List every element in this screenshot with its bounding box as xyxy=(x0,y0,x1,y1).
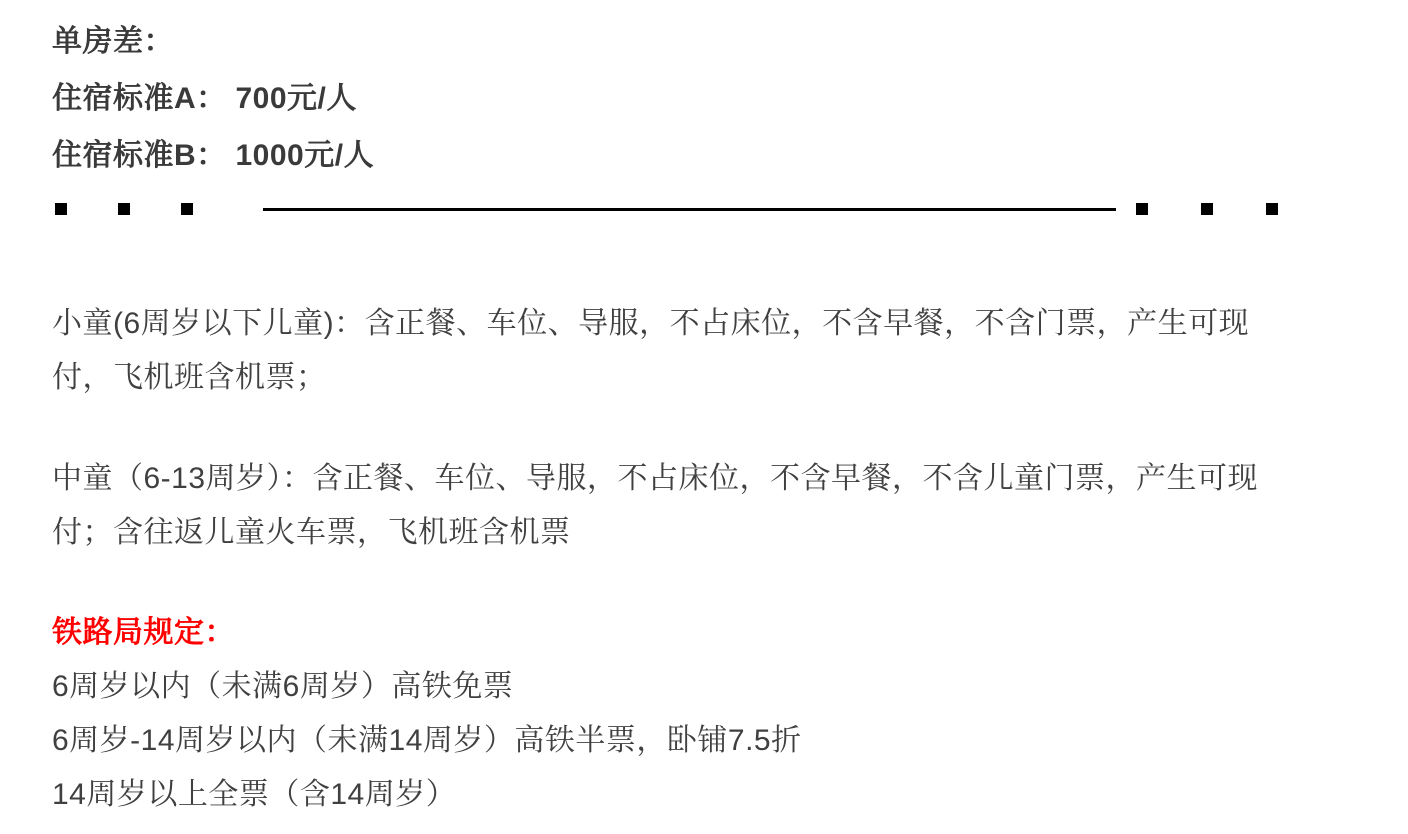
railway-rule-half-ticket: 6周岁-14周岁以内（未满14周岁）高铁半票，卧铺7.5折 xyxy=(52,714,1408,768)
divider-square-icon xyxy=(55,203,67,215)
tour-notes-document: 单房差： 住宿标准A： 700元/人 住宿标准B： 1000元/人 小童(6周岁… xyxy=(0,0,1408,834)
railway-rules-section: 铁路局规定： 6周岁以内（未满6周岁）高铁免票 6周岁-14周岁以内（未满14周… xyxy=(52,606,1408,822)
section-divider xyxy=(55,203,1408,215)
middle-child-policy-paragraph: 中童（6-13周岁）：含正餐、车位、导服，不占床位，不含早餐，不含儿童门票，产生… xyxy=(52,452,1408,560)
middle-child-policy-line2: 付；含往返儿童火车票，飞机班含机票 xyxy=(52,506,1408,560)
single-room-surcharge-section: 单房差： 住宿标准A： 700元/人 住宿标准B： 1000元/人 xyxy=(52,13,1408,184)
divider-square-icon xyxy=(118,203,130,215)
small-child-policy-line2: 付，飞机班含机票； xyxy=(52,351,1408,405)
middle-child-policy-line1: 中童（6-13周岁）：含正餐、车位、导服，不占床位，不含早餐，不含儿童门票，产生… xyxy=(52,452,1408,506)
small-child-policy-line1: 小童(6周岁以下儿童)：含正餐、车位、导服，不占床位，不含早餐，不含门票，产生可… xyxy=(52,297,1408,351)
surcharge-standard-b: 住宿标准B： 1000元/人 xyxy=(52,127,1408,184)
railway-rules-title: 铁路局规定： xyxy=(52,606,1408,660)
railway-rule-full-ticket: 14周岁以上全票（含14周岁） xyxy=(52,768,1408,822)
surcharge-title: 单房差： xyxy=(52,13,1408,70)
divider-square-icon xyxy=(181,203,193,215)
divider-square-icon xyxy=(1266,203,1278,215)
divider-left-squares xyxy=(55,203,193,215)
surcharge-standard-a: 住宿标准A： 700元/人 xyxy=(52,70,1408,127)
divider-square-icon xyxy=(1136,203,1148,215)
divider-square-icon xyxy=(1201,203,1213,215)
divider-line xyxy=(263,208,1116,211)
railway-rule-free-ticket: 6周岁以内（未满6周岁）高铁免票 xyxy=(52,660,1408,714)
small-child-policy-paragraph: 小童(6周岁以下儿童)：含正餐、车位、导服，不占床位，不含早餐，不含门票，产生可… xyxy=(52,297,1408,405)
divider-right-squares xyxy=(1136,203,1278,215)
